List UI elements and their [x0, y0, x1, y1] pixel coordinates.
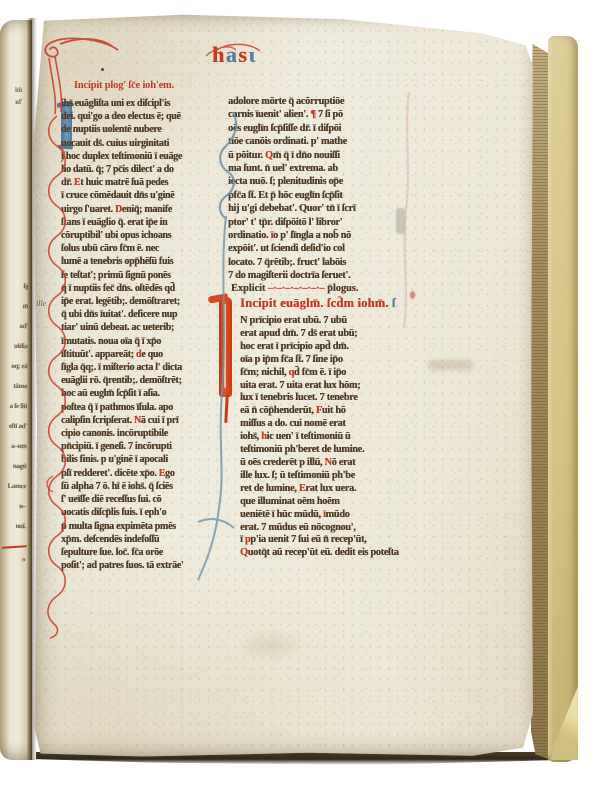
text-line: ıd' — [0, 96, 22, 108]
text-line: q̄ ubi dn̄s īuitat'. deficere nup — [61, 308, 219, 321]
text-line: m̄ — [1, 296, 28, 316]
show-through-smudge — [428, 360, 474, 370]
text-line: lumē a tenebris opp̄hēſū fuis — [61, 255, 219, 268]
text-line: īmutatis. noua oīa q̄ ī xp̄o — [61, 335, 219, 348]
margin-note: ille — [36, 299, 46, 308]
text-line: dei. qui'go a deo electus ē; quē — [61, 110, 219, 123]
text-line: Lamce — [0, 476, 26, 496]
text-line: Quotq̄t aū recep'ūt eū. dedit eis poteſt… — [240, 547, 430, 560]
text-line: īſtituūt'. appareāt; de quo — [61, 348, 219, 361]
text-line: ī pp'ia uenit 7 ſui eū n̄ recep'ūt, — [240, 534, 430, 547]
text-line: tāmo — [0, 376, 27, 396]
red-initial-I — [219, 297, 232, 397]
text-line: ip̄e erat. legētib;. demōſtraret; — [61, 295, 219, 308]
left-text-column: ihs̄ euāgliſta uni ex diſcipl'isdei. qui… — [61, 97, 219, 572]
text-line: expōit'. ut ſciendi deſid'io col — [228, 242, 426, 255]
text-line: carnis īuenit' alien'. ¶ 7 ſi pō — [228, 108, 426, 121]
text-line: ſū alpha 7 ō. hī ē iohs̄. q̄ ſciēs — [61, 480, 219, 493]
text-line: q̄ ī nuptiis fec̄ dn̄s. oſtēdēs qd̄ — [61, 282, 219, 295]
right-text-column-gospel: N prīcipio erat ubū. 7 ubūerat apud dm̄.… — [240, 315, 430, 560]
text-line: iecta nuō. ſ; plenitudinis op̄e — [228, 175, 426, 188]
text-line: oq; eā — [0, 356, 27, 376]
manuscript-photo: im̄ıd' ſgm̄ad'uīdiaoq; eātāmoa ſe ſiūeſt… — [0, 0, 604, 800]
text-line: que illuminat oēm hoēm — [240, 496, 430, 509]
parchment-stain — [236, 628, 306, 662]
text-line: lux ī tenebris lucet. 7 tenebre — [240, 392, 430, 405]
text-line: ille lux. ſ; ū teſtimoniū ph'be — [240, 470, 430, 483]
text-line: a ſe ſiū — [0, 396, 27, 416]
text-line: N prīcipio erat ubū. 7 ubū — [240, 315, 430, 328]
text-line: fc̄m; nichil, qd̄ fc̄m ē. ī ip̄o — [240, 367, 430, 380]
text-line: xp̄m. deſcendēs indefoſſū — [61, 533, 219, 546]
text-line: ū oēs crederēt p illū, Nō erat — [240, 457, 430, 470]
text-line: ptor' t' tp̄r. diſpōitō l' libror' — [228, 216, 426, 229]
text-line: nuī. — [0, 516, 26, 536]
text-line: eā n̄ cōp̄henderūt, Fuit hō — [240, 405, 430, 418]
text-line: ſepulture ſue. loc̄. fc̄a orōe — [61, 546, 219, 559]
text-line: teſtimoniū ph'beret de lumine. — [240, 444, 430, 457]
text-line: poſtea q̄ ī pathmos īſula. apo — [61, 401, 219, 414]
text-line: ū pōitur. Qm̄ q̄ ī dn̄o nouiſſi — [228, 149, 426, 162]
text-line: ad' — [1, 316, 28, 336]
text-line: uirgo ſ'uaret. Deniq̄; manife — [61, 203, 219, 216]
text-line: ſtans ī euāglio q̄. erat ip̄e in — [61, 216, 219, 229]
text-line: lio datū. q̄; 7 pc̄is dilect' a do — [61, 163, 219, 176]
prologue-rubric: Incipit plog' ſc̄e ioh'em. — [74, 80, 174, 91]
explicit-line: Explicit –·–·–·–·–·–·– p̄logus. — [231, 283, 358, 294]
text-line: pn̄cipiū. ī geneſi. 7 incōrupti — [61, 440, 219, 453]
text-line: ret de lumine, Erat lux uera. — [240, 483, 430, 496]
text-line: miſſus a do. cui nomē erat — [240, 418, 430, 431]
text-line: cōruptibil' ubi opus ichoans — [61, 229, 219, 242]
text-line: n– — [0, 496, 26, 516]
text-line: ſg — [1, 276, 28, 296]
text-line: 7 do magiſterii doctrīa ſeruet'. — [228, 269, 426, 282]
text-line: tiōe canōis ordinati. p' mathe — [228, 135, 426, 148]
right-text-column-prologue: adolore mōrte q̄ acōrruptiōecarnis īueni… — [228, 95, 426, 283]
text-line: locato. 7 q̄rētib;. fruct' labōis — [228, 256, 426, 269]
text-line: tiar' uinū debeat. ac ueterib; — [61, 321, 219, 334]
text-line: oēs euglīn ſcp̄ſiſſe dr̄. ī diſpōi — [228, 122, 426, 135]
wormhole-dot — [101, 68, 104, 71]
text-line: uīdia — [1, 336, 28, 356]
left-strip-red-marks: » — [2, 554, 26, 565]
text-line: ī hoc duplex teſtimoniū ī euāge — [61, 150, 219, 163]
text-line: oīa p ip̄m fc̄a ſt̄. 7 ſine ip̄o — [240, 354, 430, 367]
text-line: a–um̄ — [0, 436, 27, 456]
text-line: uocatis diſcp̄lis ſuis. ī eph'o — [61, 506, 219, 519]
text-line: cipio canonis. incōruptibile — [61, 427, 219, 440]
left-strip-fragments: ſgm̄ad'uīdiaoq; eātāmoa ſe ſiūeſtī ad'a–… — [0, 276, 28, 536]
text-line: ihs̄ euāgliſta uni ex diſcipl'is — [61, 97, 219, 110]
text-line: iohs̄, hic uen' ī teſtimoniū ū — [240, 431, 430, 444]
left-strip-top-fragments: im̄ıd' — [0, 84, 22, 108]
text-line: ſīgla q̄q;. ī miſterio acta l' dicta — [61, 361, 219, 374]
text-line: hoc aū euglm̄ ſcp̄ſit ī aſia. — [61, 387, 219, 400]
running-header: hasι — [212, 42, 257, 68]
text-line: hij u'gi debebat'. Quor' tn̄ ī ſcrī — [228, 202, 426, 215]
text-line: euāglii rō. q̄rentib;. demōſtrēt; — [61, 374, 219, 387]
text-line: pſī redderet'. dicēte xp̄o. Ego — [61, 467, 219, 480]
text-line: pfc̄a ſt̄. Et p̄ hōc euglīn ſcp̄ſit — [228, 189, 426, 202]
gospel-incipit-rubric: Incipit euāglm̄. ſcd̄m iohm̄. ſ — [240, 296, 396, 311]
text-line: ueniētē ī hūc mūdū, īmūdo — [240, 509, 430, 522]
text-line: ſe teſtat'; primū ſignū ponēs — [61, 269, 219, 282]
text-line: ſ' ueīſſe diē receſſus ſui. cō — [61, 493, 219, 506]
text-line: adolore mōrte q̄ acōrruptiōe — [228, 95, 426, 108]
text-line: ordinatio. īo p' ſīngla a nob̄ nō — [228, 229, 426, 242]
text-line: im̄ — [0, 84, 22, 96]
text-line: nagū — [0, 456, 26, 476]
text-line: de nuptiis uolentē nubere — [61, 123, 219, 136]
text-line: bilis finis. p u'ginē ī apocali — [61, 453, 219, 466]
book-cover-edge — [548, 36, 578, 762]
text-line: calipſin ſcripſerat. Nā cui ī prī — [61, 414, 219, 427]
text-line: uocauit ds̄. cuius uirginitati — [61, 137, 219, 150]
text-line: ī cruce cōmēdauit dn̄s u'ginē — [61, 189, 219, 202]
text-line: hoc erat ī prīcipio apd̄ dm̄. — [240, 341, 430, 354]
text-line: dr̄. Et huic matrē ſuā pedes — [61, 176, 219, 189]
text-line: eſtī ad' — [0, 416, 27, 436]
text-line: uita erat. 7 uita erat lux hōm; — [240, 380, 430, 393]
text-line: poſit'; ad patres ſuos. tā extrāe' — [61, 559, 219, 572]
text-line: erat. 7 mūdus eū nōcognou', — [240, 522, 430, 535]
cover-corner-fold — [548, 686, 578, 760]
text-line: p̄ multa ſigna expimēta pmēs — [61, 520, 219, 533]
text-line: ſolus ubū cāro fc̄m ē. nec — [61, 242, 219, 255]
text-line: ma ſunt. n̄ uel' extrema. ab — [228, 162, 426, 175]
show-through-red-mark — [410, 291, 415, 299]
text-line: erat apud dm̄. 7 ds̄ erat ubū; — [240, 328, 430, 341]
